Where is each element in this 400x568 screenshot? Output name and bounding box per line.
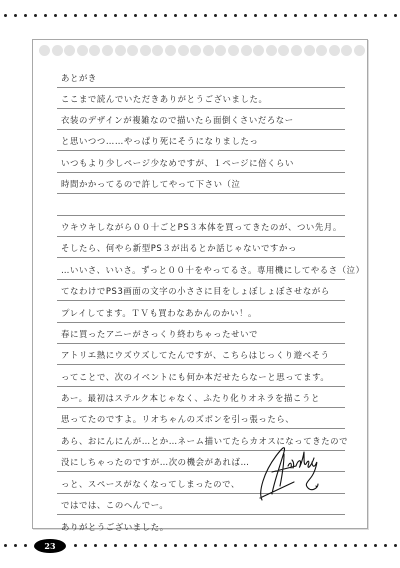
dot <box>4 544 7 547</box>
dot <box>384 14 387 17</box>
dot <box>14 14 17 17</box>
dot <box>124 544 127 547</box>
header-circle <box>178 45 189 56</box>
dot <box>304 544 307 547</box>
dot <box>364 14 367 17</box>
header-circle <box>165 45 176 56</box>
dot <box>24 14 27 17</box>
header-circle <box>278 45 289 56</box>
dot <box>274 14 277 17</box>
dot <box>314 14 317 17</box>
dot <box>214 544 217 547</box>
header-circle <box>89 45 100 56</box>
dot <box>374 14 377 17</box>
header-circle <box>316 45 327 56</box>
dot <box>34 14 37 17</box>
line-text: っと、スペースがなくなってしまったので、 <box>61 478 240 490</box>
dot <box>154 14 157 17</box>
dot <box>204 14 207 17</box>
line-text: ウキウキしながら００十ごとPS３本体を買ってきたのが、つい先月。 <box>61 221 342 233</box>
dot <box>394 14 397 17</box>
dot <box>134 544 137 547</box>
text-line: 時間かかってるので許してやって下さい（泣 <box>57 173 345 194</box>
text-line: そしたら、何やら新型PS３が出るとか話じゃないですかっ <box>57 237 345 258</box>
dot <box>144 544 147 547</box>
dot <box>164 14 167 17</box>
line-text: と思いつつ……やっぱり死にそうになりましたっ <box>61 135 258 147</box>
text-line: ってことで、次のイベントにも何か本だせたらなーと思ってます。 <box>57 366 345 387</box>
text-line: アトリエ熱にウズウズしてたんですが、こちらはじっくり遊べそう <box>57 344 345 365</box>
line-text: ってことで、次のイベントにも何か本だせたらなーと思ってます。 <box>61 371 329 383</box>
text-line: …いいさ、いいさ。ずっと００十をやってるさ。専用機にしてやるさ（泣） <box>57 259 345 280</box>
dot <box>224 14 227 17</box>
dot <box>304 14 307 17</box>
top-dot-border <box>0 14 400 20</box>
dot <box>394 544 397 547</box>
dot <box>344 14 347 17</box>
dot <box>244 544 247 547</box>
dot <box>164 544 167 547</box>
dot <box>24 544 27 547</box>
text-line: ウキウキしながら００十ごとPS３本体を買ってきたのが、つい先月。 <box>57 216 345 237</box>
header-circle <box>190 45 201 56</box>
dot <box>174 14 177 17</box>
dot <box>284 544 287 547</box>
line-text: アトリエ熱にウズウズしてたんですが、こちらはじっくり遊べそう <box>61 349 330 361</box>
dot <box>44 14 47 17</box>
dot <box>194 14 197 17</box>
header-circle <box>77 45 88 56</box>
dot <box>104 544 107 547</box>
line-text: 没にしちゃったのですが…次の機会があれば… <box>61 456 249 468</box>
dot <box>274 544 277 547</box>
line-text: ここまで読んでいただきありがとうございました。 <box>61 93 267 105</box>
dot <box>314 544 317 547</box>
text-line: あー。最初はステルク本じゃなく、ふたり化りオネラを描こうと <box>57 387 345 408</box>
dot <box>294 14 297 17</box>
header-circle <box>291 45 302 56</box>
dot <box>4 14 7 17</box>
dot <box>74 544 77 547</box>
line-text: てなわけでPS3画面の文字の小ささに目をしょぼしょぼさせながら <box>61 285 330 297</box>
line-text: いつもより少しページ少なめですが、１ページに倍くらい <box>61 157 294 169</box>
header-circle <box>64 45 75 56</box>
header-circle <box>127 45 138 56</box>
dot <box>334 14 337 17</box>
header-circle <box>52 45 63 56</box>
dot <box>84 14 87 17</box>
header-circle <box>203 45 214 56</box>
dot <box>254 544 257 547</box>
dot <box>384 544 387 547</box>
line-text: ありがとうございました。 <box>61 521 169 533</box>
header-circle <box>228 45 239 56</box>
dot <box>324 14 327 17</box>
line-text: プレイしてます。ＴＶも買わなあかんのかい！。 <box>61 307 257 319</box>
dot <box>124 14 127 17</box>
header-circle <box>253 45 264 56</box>
dot <box>94 544 97 547</box>
page-title: あとがき <box>61 72 97 84</box>
dot <box>364 544 367 547</box>
dot <box>214 14 217 17</box>
dot <box>354 14 357 17</box>
text-line <box>57 195 345 216</box>
dot <box>104 14 107 17</box>
letter-frame: あとがきここまで読んでいただきありがとうございました。衣装のデザインが複雑なので… <box>32 39 368 529</box>
dot <box>264 544 267 547</box>
header-circle <box>115 45 126 56</box>
text-line: 思ってたのですよ。リオちゃんのズボンを引っ張ったら、 <box>57 408 345 429</box>
dot <box>224 544 227 547</box>
line-text: 時間かかってるので許してやって下さい（泣 <box>61 178 241 190</box>
dot <box>84 544 87 547</box>
dot <box>254 14 257 17</box>
dot <box>154 544 157 547</box>
title-row: あとがき <box>57 67 345 88</box>
signature-hideyo <box>254 442 334 506</box>
dot <box>114 14 117 17</box>
dot <box>54 14 57 17</box>
header-circle <box>102 45 113 56</box>
dot <box>184 544 187 547</box>
line-text: 思ってたのですよ。リオちゃんのズボンを引っ張ったら、 <box>61 413 294 425</box>
text-line: プレイしてます。ＴＶも買わなあかんのかい！。 <box>57 302 345 323</box>
header-circle <box>341 45 352 56</box>
line-text: 春に買ったアニーがさっくり終わちゃったせいで <box>61 328 258 340</box>
header-circle <box>39 45 50 56</box>
dot <box>294 544 297 547</box>
text-line: てなわけでPS3画面の文字の小ささに目をしょぼしょぼさせながら <box>57 280 345 301</box>
dot <box>194 544 197 547</box>
dot <box>144 14 147 17</box>
dot <box>184 14 187 17</box>
text-line: 春に買ったアニーがさっくり終わちゃったせいで <box>57 323 345 344</box>
dot <box>264 14 267 17</box>
page-number-badge: 23 <box>34 539 66 553</box>
line-text: あー。最初はステルク本じゃなく、ふたり化りオネラを描こうと <box>61 392 320 404</box>
header-circle <box>152 45 163 56</box>
line-text: …いいさ、いいさ。ずっと００十をやってるさ。専用機にしてやるさ（泣） <box>61 264 365 276</box>
header-circle <box>354 45 365 56</box>
dot <box>374 544 377 547</box>
line-text: ではでは、このへんでー。 <box>61 499 168 511</box>
text-line: ここまで読んでいただきありがとうございました。 <box>57 88 345 109</box>
header-circle <box>140 45 151 56</box>
dot <box>64 14 67 17</box>
dot <box>74 14 77 17</box>
dot <box>204 544 207 547</box>
dot <box>234 14 237 17</box>
header-circle <box>215 45 226 56</box>
dot <box>324 544 327 547</box>
text-line: 衣装のデザインが複雑なので描いたら面倒くさいだろなー <box>57 109 345 130</box>
line-text: そしたら、何やら新型PS３が出るとか話じゃないですかっ <box>61 242 297 254</box>
dot <box>174 544 177 547</box>
header-circle-strip <box>39 45 363 57</box>
header-circle <box>304 45 315 56</box>
dot <box>234 544 237 547</box>
dot <box>14 544 17 547</box>
text-line: ありがとうございました。 <box>57 515 245 536</box>
line-text: 衣装のデザインが複雑なので描いたら面倒くさいだろなー <box>61 114 294 126</box>
header-circle <box>329 45 340 56</box>
dot <box>284 14 287 17</box>
text-line: いつもより少しページ少なめですが、１ページに倍くらい <box>57 152 345 173</box>
dot <box>134 14 137 17</box>
dot <box>114 544 117 547</box>
dot <box>94 14 97 17</box>
header-circle <box>266 45 277 56</box>
dot <box>354 544 357 547</box>
text-line: と思いつつ……やっぱり死にそうになりましたっ <box>57 130 345 151</box>
header-circle <box>241 45 252 56</box>
dot <box>344 544 347 547</box>
dot <box>334 544 337 547</box>
dot <box>244 14 247 17</box>
